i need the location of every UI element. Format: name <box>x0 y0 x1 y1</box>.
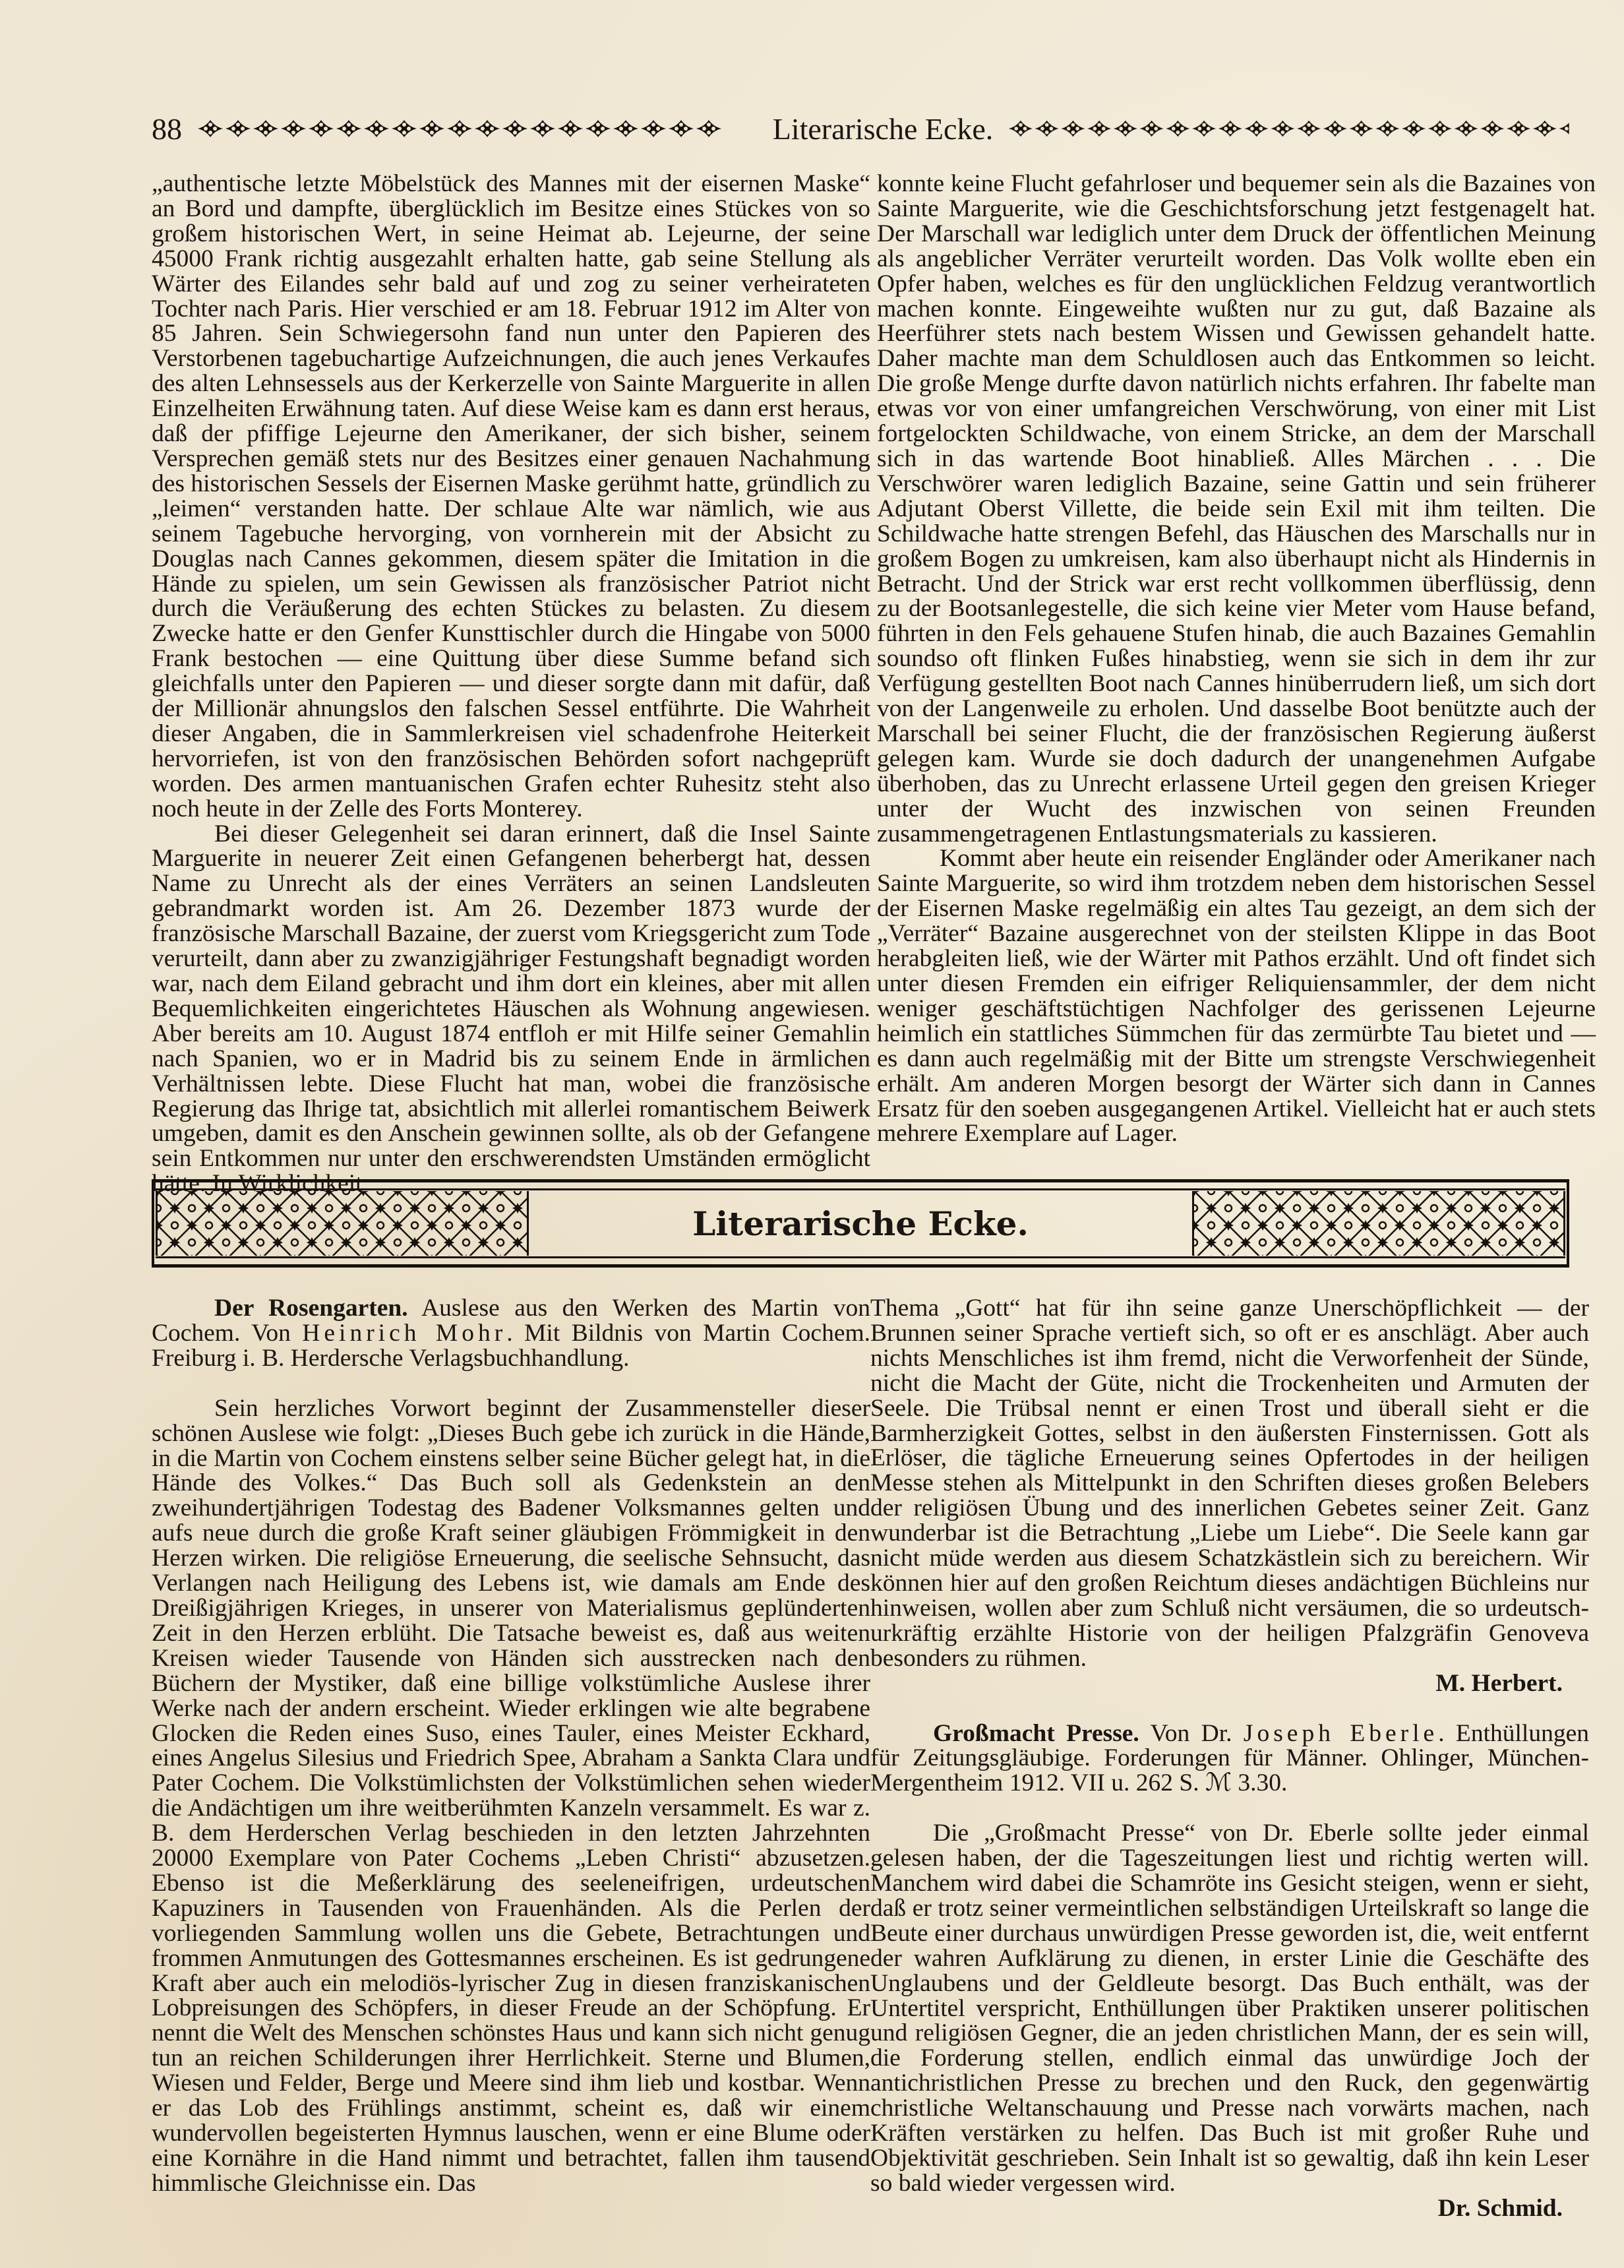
review-book-title: Der Rosengarten. <box>214 1295 408 1322</box>
review-citation: Großmacht Presse. Von Dr. Joseph Eberle.… <box>870 1721 1589 1796</box>
section-title: Literarische Ecke. <box>152 1174 1569 1273</box>
review-signature: Dr. Schmid. <box>870 2196 1589 2221</box>
article-paragraph: Bei dieser Gelegenheit sei daran erinner… <box>152 822 870 1197</box>
article-column-left: „authentische letzte Möbelstück des Mann… <box>152 171 870 1196</box>
review-book-title: Großmacht Presse. <box>933 1720 1139 1747</box>
review-column-right: Thema „Gott“ hat für ihn seine ganze Une… <box>870 1296 1589 2221</box>
review-signature: M. Herbert. <box>870 1671 1589 1696</box>
review-column-left: Der Rosengarten. Auslese aus den Werken … <box>152 1296 870 2196</box>
running-title: Literarische Ecke. <box>758 111 1008 146</box>
newspaper-page: 88 Literarische Ecke. <box>0 0 1624 2268</box>
article-paragraph: „authentische letzte Möbelstück des Mann… <box>152 171 870 822</box>
diamond-chain-ornament-icon <box>1007 119 1569 138</box>
review-citation: Der Rosengarten. Auslese aus den Werken … <box>152 1296 870 1371</box>
review-author: Joseph Eberle <box>1244 1720 1438 1747</box>
review-author: Heinrich Mohr <box>302 1320 506 1347</box>
review-body: Sein herzliches Vorwort beginnt der Zusa… <box>152 1396 870 2196</box>
running-header: 88 Literarische Ecke. <box>152 106 1569 152</box>
review-body: Die „Großmacht Presse“ von Dr. Eberle so… <box>870 1821 1589 2196</box>
page-number: 88 <box>152 111 182 146</box>
article-column-right: konnte keine Flucht gefahrloser und bequ… <box>877 171 1596 1146</box>
diamond-chain-ornament-icon <box>196 119 758 138</box>
citation-text: Von Dr. <box>1139 1720 1244 1747</box>
review-body: Thema „Gott“ hat für ihn seine ganze Une… <box>870 1296 1589 1671</box>
section-banner: Literarische Ecke. <box>152 1174 1569 1273</box>
article-paragraph: konnte keine Flucht gefahrloser und bequ… <box>877 171 1596 846</box>
article-paragraph: Kommt aber heute ein reisender Engländer… <box>877 846 1596 1146</box>
